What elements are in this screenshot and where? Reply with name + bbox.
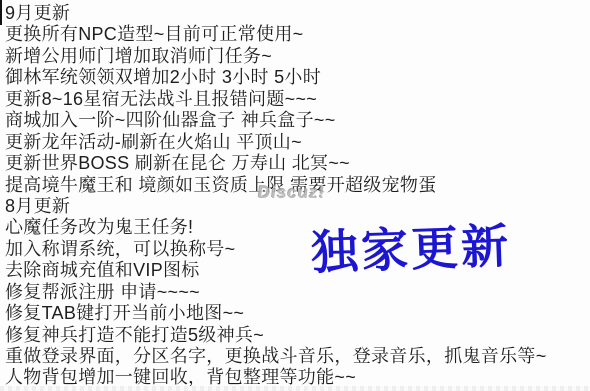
text-cursor bbox=[0, 0, 2, 25]
update-note-line: 修复帮派注册 申请~~~~ bbox=[5, 282, 590, 303]
update-note-line: 修复神兵打造不能打造5级神兵~ bbox=[5, 325, 590, 346]
update-note-line: 新增公用师门增加取消师门任务~ bbox=[5, 46, 590, 67]
update-note-line: 更新龙年活动-刷新在火焰山 平顶山~ bbox=[5, 132, 590, 153]
update-month-header: 9月更新 bbox=[5, 3, 590, 24]
update-note-line: 修复TAB键打开当前小地图~~ bbox=[5, 303, 590, 324]
discuz-watermark: Discuz! bbox=[257, 183, 327, 203]
update-note-line: 更新8~16星宿无法战斗且报错问题~~~ bbox=[5, 89, 590, 110]
clipped-next-line-artifact bbox=[0, 386, 590, 391]
update-note-line: 商城加入一阶~四阶仙器盒子 神兵盒子~~ bbox=[5, 110, 590, 131]
update-note-line: 更新世界BOSS 刷新在昆仑 万寿山 北冥~~ bbox=[5, 153, 590, 174]
update-note-line: 更换所有NPC造型~目前可正常使用~ bbox=[5, 24, 590, 45]
update-note-line: 御林军统领领双增加2小时 3小时 5小时 bbox=[5, 67, 590, 88]
exclusive-update-stamp: 独家更新 bbox=[310, 209, 512, 283]
changelog-page: 9月更新 更换所有NPC造型~目前可正常使用~ 新增公用师门增加取消师门任务~ … bbox=[0, 0, 590, 391]
update-note-line: 重做登录界面，分区名字，更换战斗音乐，登录音乐，抓鬼音乐等~ bbox=[5, 346, 590, 367]
